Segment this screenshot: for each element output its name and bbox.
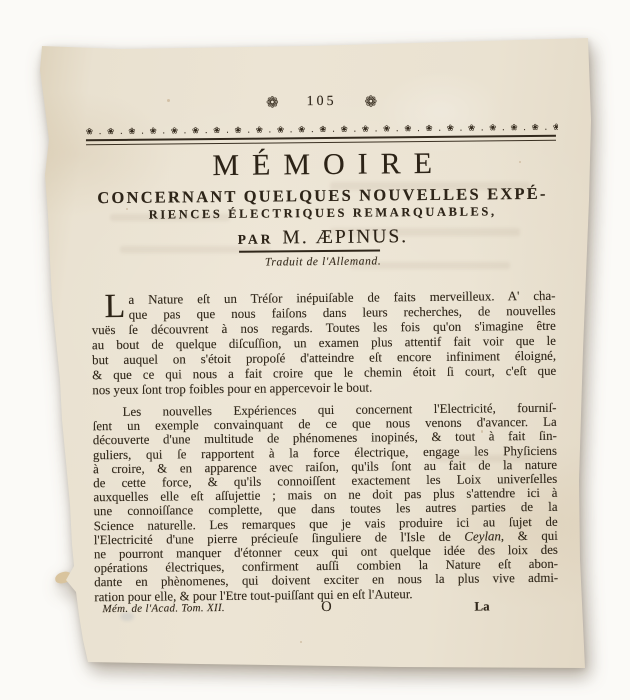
page-number: 105 xyxy=(307,94,337,110)
paragraph-1: L a Nature eſt un Tréſor inépuiſable de … xyxy=(91,289,556,398)
floral-ornament-right-icon: ❁ xyxy=(365,94,378,109)
byline-rule xyxy=(239,249,380,253)
subtitle-line-2: RIENCES ÉLECTRIQUES REMARQUABLES, xyxy=(91,204,555,223)
scanned-page-wrapper: ❁ 105 ❁ ❀ . ❀ . ❀ . ❀ . ❀ . ❀ . ❀ . ❀ . … xyxy=(0,0,630,700)
page-title: MÉMOIRE xyxy=(90,146,554,184)
byline-prefix: PAR xyxy=(238,231,274,246)
author-name: M. ÆPINUS. xyxy=(282,226,408,248)
gathering-signature-mark: O xyxy=(321,599,332,616)
italic-place-name: Ceylan xyxy=(464,529,501,543)
drop-cap: L xyxy=(91,293,128,322)
page-footer: Mém. de l'Acad. Tom. XII. O La xyxy=(94,597,558,617)
translation-note: Traduit de l'Allemand. xyxy=(91,254,555,270)
photo-backdrop: ❁ 105 ❁ ❀ . ❀ . ❀ . ❀ . ❀ . ❀ . ❀ . ❀ . … xyxy=(0,0,630,700)
text-segment: , & qui xyxy=(501,529,558,544)
page-number-row: ❁ 105 ❁ xyxy=(90,92,554,112)
catchword: La xyxy=(474,598,489,614)
book-page: ❁ 105 ❁ ❀ . ❀ . ❀ . ❀ . ❀ . ❀ . ❀ . ❀ . … xyxy=(0,0,630,700)
floral-ornament-left-icon: ❁ xyxy=(266,95,279,110)
paragraph-2: Les nouvelles Expériences qui concernent… xyxy=(93,401,559,604)
volume-signature: Mém. de l'Acad. Tom. XII. xyxy=(102,602,225,615)
text-line: nos yeux ſont trop foibles pour en apper… xyxy=(92,379,556,398)
byline: PARM. ÆPINUS. xyxy=(91,225,555,251)
page-content: ❁ 105 ❁ ❀ . ❀ . ❀ . ❀ . ❀ . ❀ . ❀ . ❀ . … xyxy=(89,0,560,700)
red-ink-spot xyxy=(74,646,79,654)
